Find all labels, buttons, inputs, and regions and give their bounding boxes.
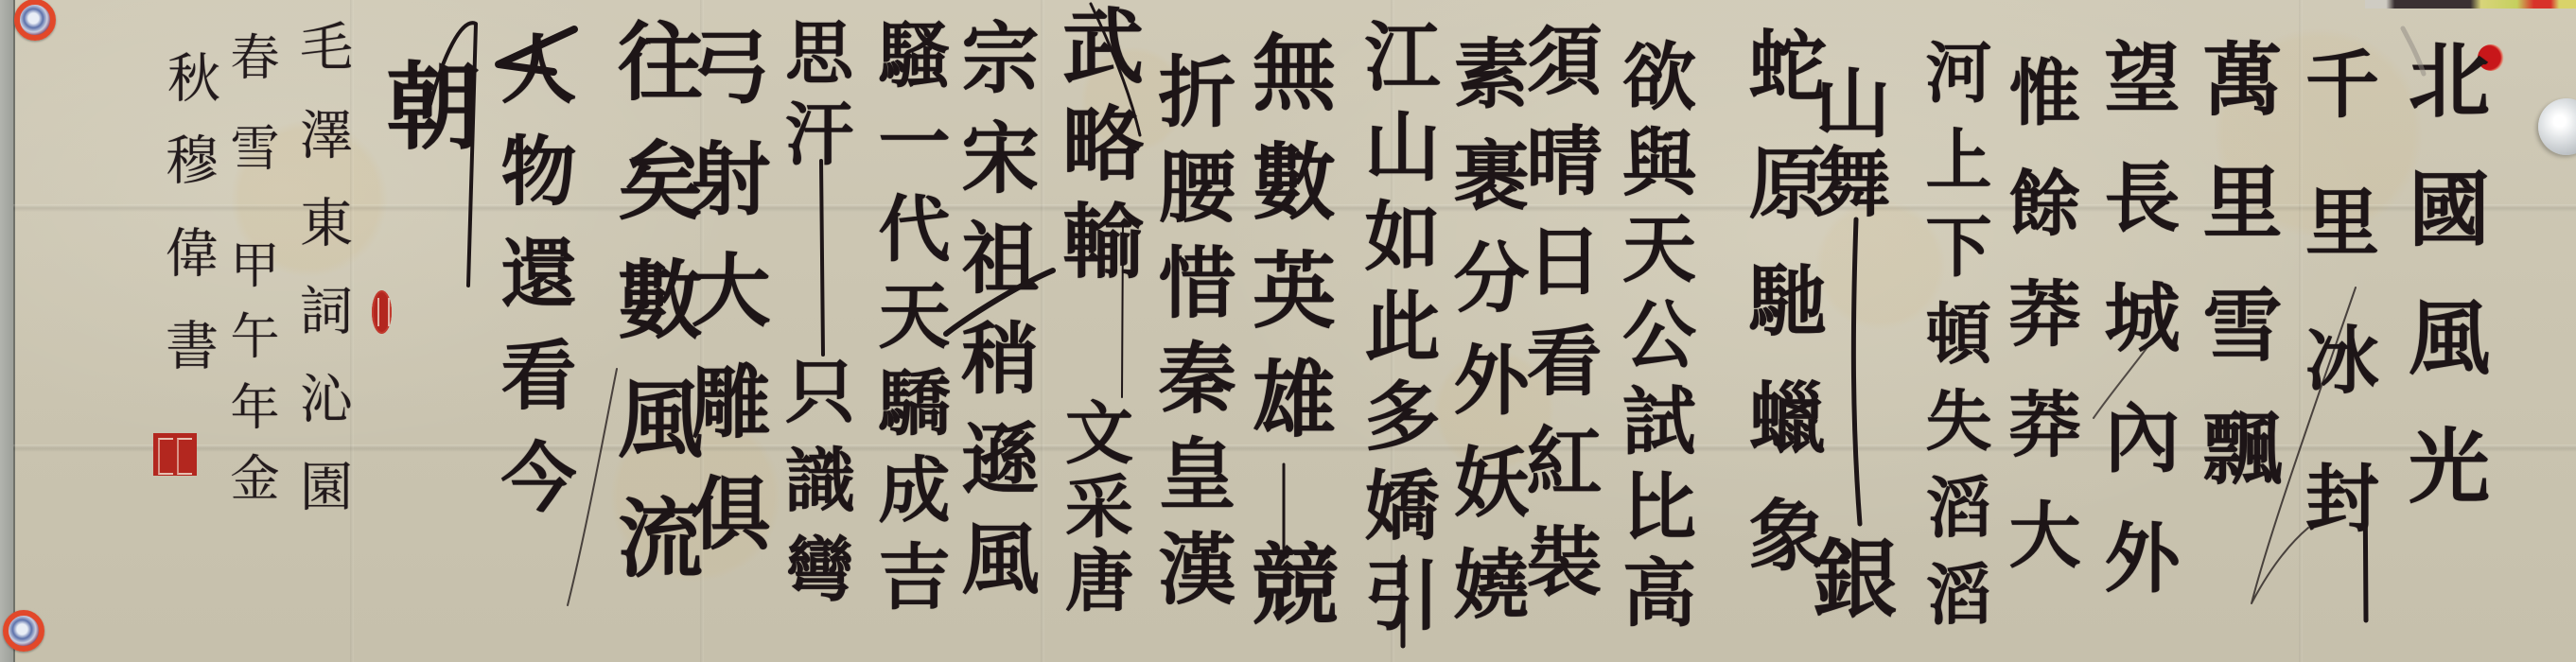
pushpin-bottom-left [3,610,44,652]
poem-text: 武略輸 [1055,4,1136,296]
poem-text: 萬里雪飄 [2197,38,2276,530]
red-seal-oval [372,290,392,334]
poem-text: 惟餘莽莽大 [2003,55,2075,608]
poem-text: 北國風光 [2401,38,2482,552]
adjacent-artwork-strip [2365,0,2576,9]
poem-text: 江山如此多嬌引 [1358,17,1434,646]
poem-text: 文采唐 [1060,397,1128,618]
poem-text: 只識彎 [780,355,850,621]
poem-text: 人物還看今 [495,29,570,540]
poem-text: 折腰惜秦皇漢 [1152,51,1230,624]
artist-signature: 穆偉書 [161,132,214,410]
poem-text: 素裹分外妖嬈 [1447,34,1523,647]
poem-text: 無數英雄 [1247,29,1330,464]
poem-text: 蛇原馳蠟象 [1743,26,1820,612]
poem-text: 須晴日看紅裝 [1520,21,1596,622]
poem-text: 朝 [378,57,473,151]
inscription-text: 毛澤東詞沁園 [295,19,348,547]
inscription-text: 春雪 [225,31,274,213]
pushpin-top-left [14,0,56,41]
poem-text: 競 [1245,539,1332,626]
calligraphy-scroll: 北國風光 千里冰封 萬里雪飄 望長城內外 惟餘莽莽大 河上下頓失滔滔 山舞 銀 … [0,0,2576,662]
red-seal-square [153,433,197,476]
poem-text: 千里冰封 [2299,45,2373,598]
poem-text: 往矣數風流 [610,17,695,613]
scroll-left-edge [0,0,15,662]
poem-text: 思汗 [780,17,848,180]
poem-text: 河上下頓失滔滔 [1920,38,1987,647]
poem-text: 欲與天公試比高 [1616,38,1690,640]
paper-crease [1041,0,1044,662]
inscription-date: 甲午年金 [225,239,274,523]
poem-text: 宗宋祖稍遜風 [955,17,1033,618]
brush-stroke [1853,219,1860,524]
poem-text: 望長城內外 [2098,38,2174,638]
poem-text: 騷一代天驕成吉 [872,17,944,626]
brush-stroke [821,161,823,355]
pushpin-right [2538,98,2576,155]
inscription-text: 秋 [163,50,216,103]
